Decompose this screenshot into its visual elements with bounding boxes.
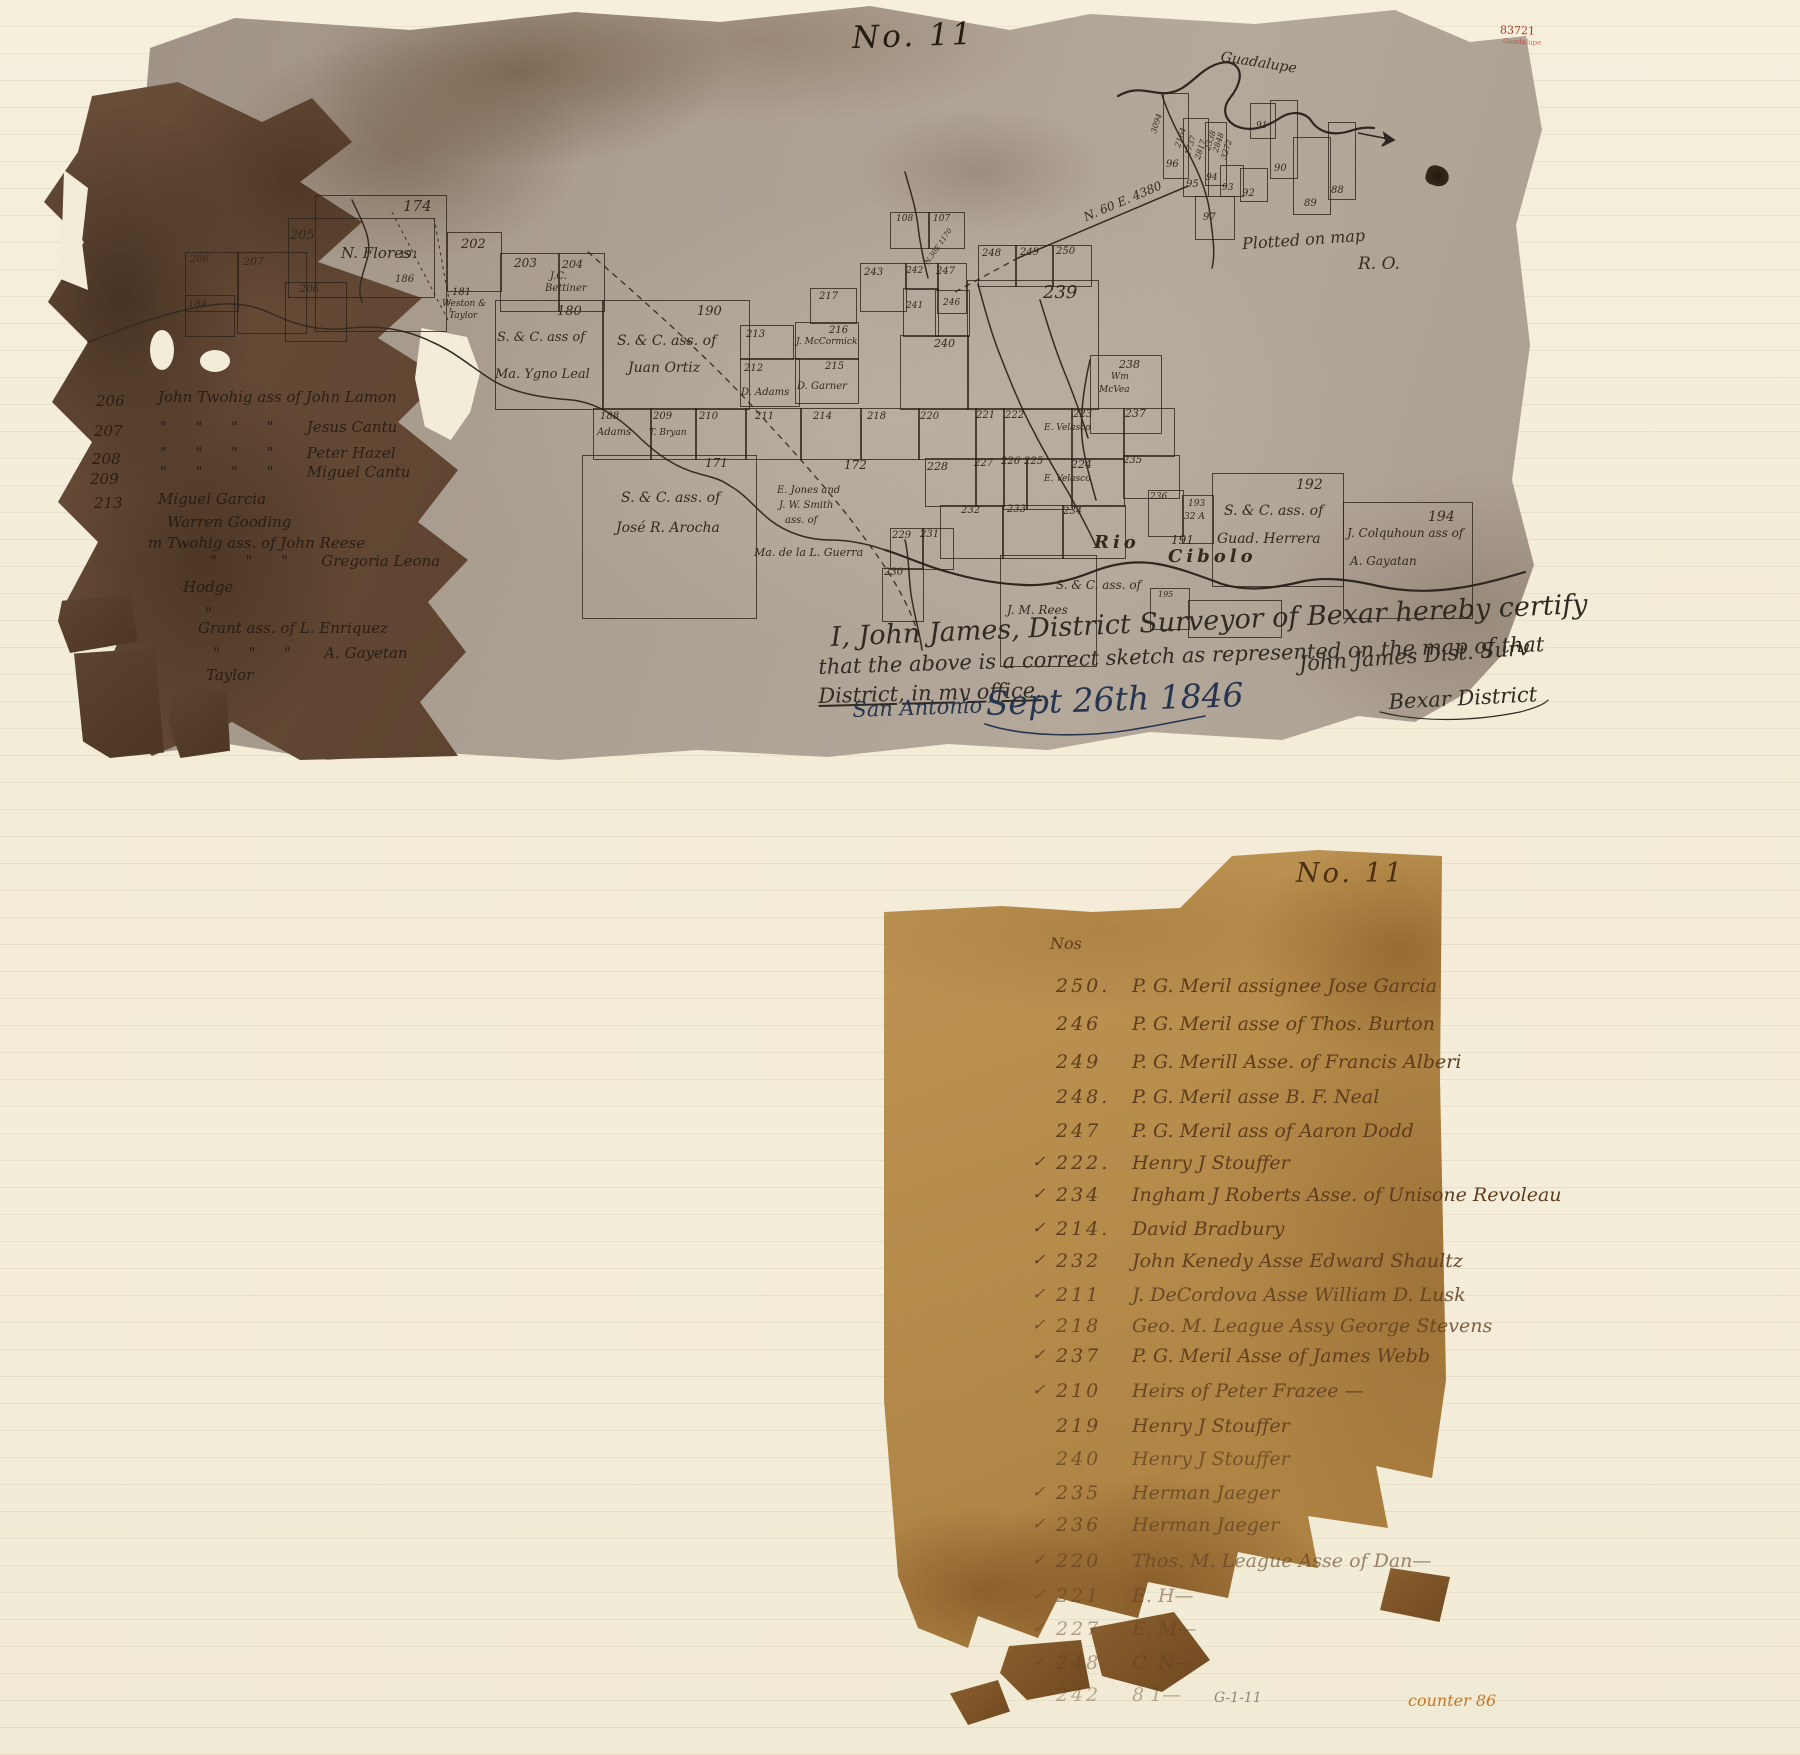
- grantee-name: John Kenedy Asse Edward Shaultz: [1132, 1250, 1463, 1272]
- checkmark: ✓: [1032, 1618, 1045, 1637]
- survey-number: 214.: [1056, 1218, 1110, 1240]
- archive-mark-pencil: G-1-11: [1214, 1690, 1262, 1706]
- survey-number: 218: [1056, 1315, 1101, 1337]
- checkmark: ✓: [1032, 1284, 1045, 1303]
- grantee-name: P. G. Meril ass of Aaron Dodd: [1132, 1120, 1414, 1142]
- checkmark: ✓: [1032, 1152, 1045, 1171]
- survey-number: 247: [1056, 1120, 1101, 1142]
- archive-mark-counter: counter 86: [1408, 1691, 1496, 1710]
- grantee-name: Henry J Stouffer: [1132, 1448, 1290, 1470]
- survey-number: 250.: [1056, 975, 1110, 997]
- survey-number: 236: [1056, 1514, 1101, 1536]
- grantee-name: David Bradbury: [1132, 1218, 1284, 1240]
- grantee-name: E. M—: [1132, 1618, 1196, 1640]
- survey-number: 222.: [1056, 1152, 1110, 1174]
- checkmark: ✓: [1032, 1184, 1045, 1203]
- grantee-name: C. N—: [1132, 1652, 1194, 1674]
- checkmark: ✓: [1032, 1652, 1045, 1671]
- checkmark: ✓: [1032, 1482, 1045, 1501]
- survey-number: 235: [1056, 1482, 1101, 1504]
- checkmark: ✓: [1032, 1315, 1045, 1334]
- grantee-name: Henry J Stouffer: [1132, 1415, 1290, 1437]
- checkmark: ✓: [1032, 1380, 1045, 1399]
- survey-number: 220: [1056, 1550, 1101, 1572]
- grantee-name: 8 1—: [1132, 1684, 1181, 1706]
- grantee-name: Ingham J Roberts Asse. of Unisone Revole…: [1132, 1184, 1562, 1206]
- survey-number: 246: [1056, 1013, 1101, 1035]
- survey-number: 211: [1056, 1284, 1101, 1306]
- survey-number: 219: [1056, 1415, 1101, 1437]
- survey-number: 232: [1056, 1250, 1101, 1272]
- grantee-name: Herman Jaeger: [1132, 1514, 1279, 1536]
- survey-number: 240: [1056, 1448, 1101, 1470]
- list-rows-layer: 250.P. G. Meril assignee Jose Garcia246P…: [0, 0, 1800, 1755]
- grantee-name: P. G. Meril asse B. F. Neal: [1132, 1086, 1379, 1108]
- survey-number: 221: [1056, 1585, 1101, 1607]
- grantee-name: Geo. M. League Assy George Stevens: [1132, 1315, 1492, 1337]
- checkmark: ✓: [1032, 1218, 1045, 1237]
- grantee-name: Henry J Stouffer: [1132, 1152, 1290, 1174]
- grantee-name: J. DeCordova Asse William D. Lusk: [1132, 1284, 1466, 1306]
- survey-number: 242: [1056, 1684, 1101, 1706]
- grantee-name: P. G. Merill Asse. of Francis Alberi: [1132, 1051, 1461, 1073]
- grantee-name: P. G. Meril Asse of James Webb: [1132, 1345, 1430, 1367]
- checkmark: ✓: [1032, 1345, 1045, 1364]
- grantee-name: Thos. M. League Asse of Dan—: [1132, 1550, 1431, 1572]
- survey-number: 249: [1056, 1051, 1101, 1073]
- checkmark: ✓: [1032, 1585, 1045, 1604]
- grantee-name: Herman Jaeger: [1132, 1482, 1279, 1504]
- grantee-name: P. G. Meril assignee Jose Garcia: [1132, 975, 1437, 997]
- grantee-name: E. H—: [1132, 1585, 1194, 1607]
- grantee-name: Heirs of Peter Frazee —: [1132, 1380, 1364, 1402]
- checkmark: ✓: [1032, 1550, 1045, 1569]
- checkmark: ✓: [1032, 1514, 1045, 1533]
- grantee-name: P. G. Meril asse of Thos. Burton: [1132, 1013, 1435, 1035]
- survey-number: 237: [1056, 1345, 1101, 1367]
- survey-number: 248: [1056, 1652, 1101, 1674]
- survey-number: 227: [1056, 1618, 1101, 1640]
- survey-number: 248.: [1056, 1086, 1110, 1108]
- checkmark: ✓: [1032, 1250, 1045, 1269]
- survey-number: 234: [1056, 1184, 1101, 1206]
- scanned-survey-map-page: 174N. Flores205206207184206202203204J.C.…: [0, 0, 1800, 1755]
- survey-number: 210: [1056, 1380, 1101, 1402]
